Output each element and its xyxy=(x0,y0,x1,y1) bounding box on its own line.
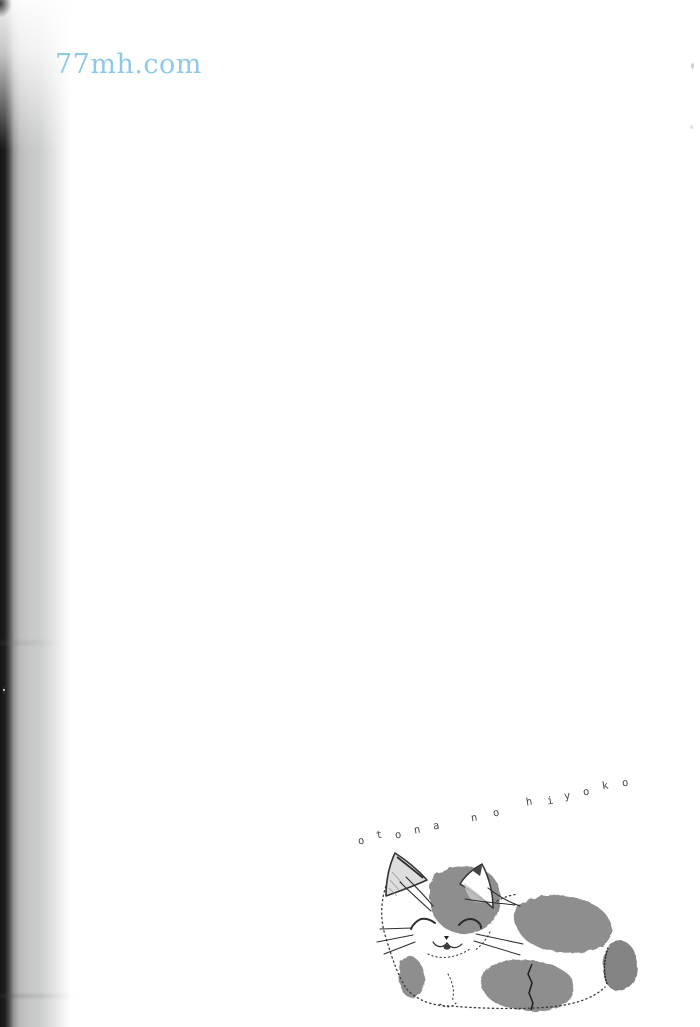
scan-speck xyxy=(690,125,693,129)
cat-chin-outline xyxy=(428,949,470,957)
scanned-manga-page: 77mh.com o t o n a n o h i y o k o xyxy=(0,0,700,1027)
cat-whiskers-left xyxy=(377,928,415,954)
cat-nose xyxy=(444,936,449,940)
cat-front-leg-outline xyxy=(440,974,456,1007)
page-spine-shadow xyxy=(0,0,72,1027)
cat-left-eye xyxy=(411,919,435,929)
cat-shoulder-patch xyxy=(399,956,425,998)
scan-smudge xyxy=(0,640,60,646)
cat-left-ear xyxy=(386,853,427,896)
scan-speck xyxy=(2,686,7,695)
cat-back-outline xyxy=(497,894,518,901)
scan-smudge xyxy=(0,994,76,998)
watermark-text: 77mh.com xyxy=(55,50,202,80)
cat-tongue xyxy=(444,944,451,949)
cat-back-patch xyxy=(514,895,612,953)
scan-speck xyxy=(691,63,694,69)
cat-hip-patch xyxy=(481,960,575,1011)
scan-corner-blot xyxy=(0,0,12,18)
cat-whiskers-right xyxy=(474,934,523,955)
sleeping-cat-illustration xyxy=(340,760,700,1027)
